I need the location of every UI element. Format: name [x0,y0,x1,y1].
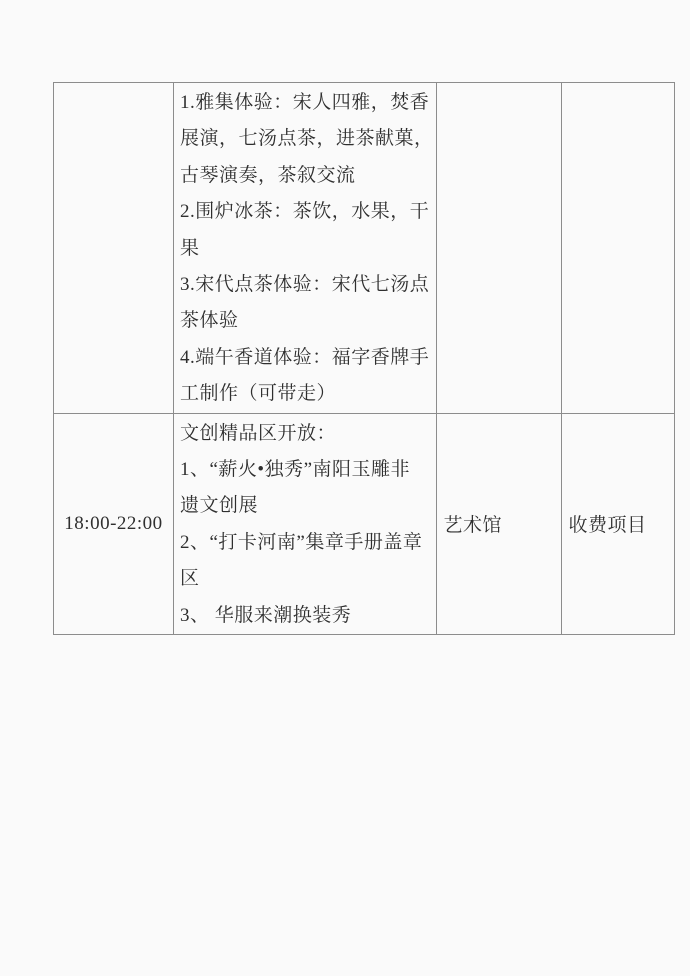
activity-line: 遗文创展 [180,488,434,524]
activities-cell: 1.雅集体验：宋人四雅，焚香 展演，七汤点茶，进茶献菓， 古琴演奏，茶叙交流 2… [174,83,437,414]
table-row: 18:00-22:00 文创精品区开放： 1、“薪火•独秀”南阳玉雕非 遗文创展… [54,413,675,634]
venue-cell: 艺术馆 [436,413,561,634]
activity-line: 1.雅集体验：宋人四雅，焚香 [180,85,434,121]
activity-line: 茶体验 [180,303,434,339]
time-cell: 18:00-22:00 [54,413,174,634]
activity-line: 古琴演奏，茶叙交流 [180,158,434,194]
activity-line: 文创精品区开放： [180,416,434,452]
document-page: 1.雅集体验：宋人四雅，焚香 展演，七汤点茶，进茶献菓， 古琴演奏，茶叙交流 2… [0,0,690,976]
activity-line: 3.宋代点茶体验：宋代七汤点 [180,267,434,303]
schedule-table: 1.雅集体验：宋人四雅，焚香 展演，七汤点茶，进茶献菓， 古琴演奏，茶叙交流 2… [53,82,675,635]
activity-line: 2、“打卡河南”集章手册盖章 [180,525,434,561]
activity-line: 展演，七汤点茶，进茶献菓， [180,121,434,157]
table-row: 1.雅集体验：宋人四雅，焚香 展演，七汤点茶，进茶献菓， 古琴演奏，茶叙交流 2… [54,83,675,414]
venue-cell [436,83,561,414]
fee-cell: 收费项目 [561,413,674,634]
activity-line: 3、 华服来潮换装秀 [180,598,434,634]
activity-line: 2.围炉冰茶：茶饮，水果，干 [180,194,434,230]
activity-line: 果 [180,231,434,267]
activity-line: 工制作（可带走） [180,376,434,412]
activity-line: 4.端午香道体验：福字香牌手 [180,340,434,376]
activities-cell: 文创精品区开放： 1、“薪火•独秀”南阳玉雕非 遗文创展 2、“打卡河南”集章手… [174,413,437,634]
activity-line: 1、“薪火•独秀”南阳玉雕非 [180,452,434,488]
fee-cell [561,83,674,414]
activity-line: 区 [180,561,434,597]
time-cell [54,83,174,414]
